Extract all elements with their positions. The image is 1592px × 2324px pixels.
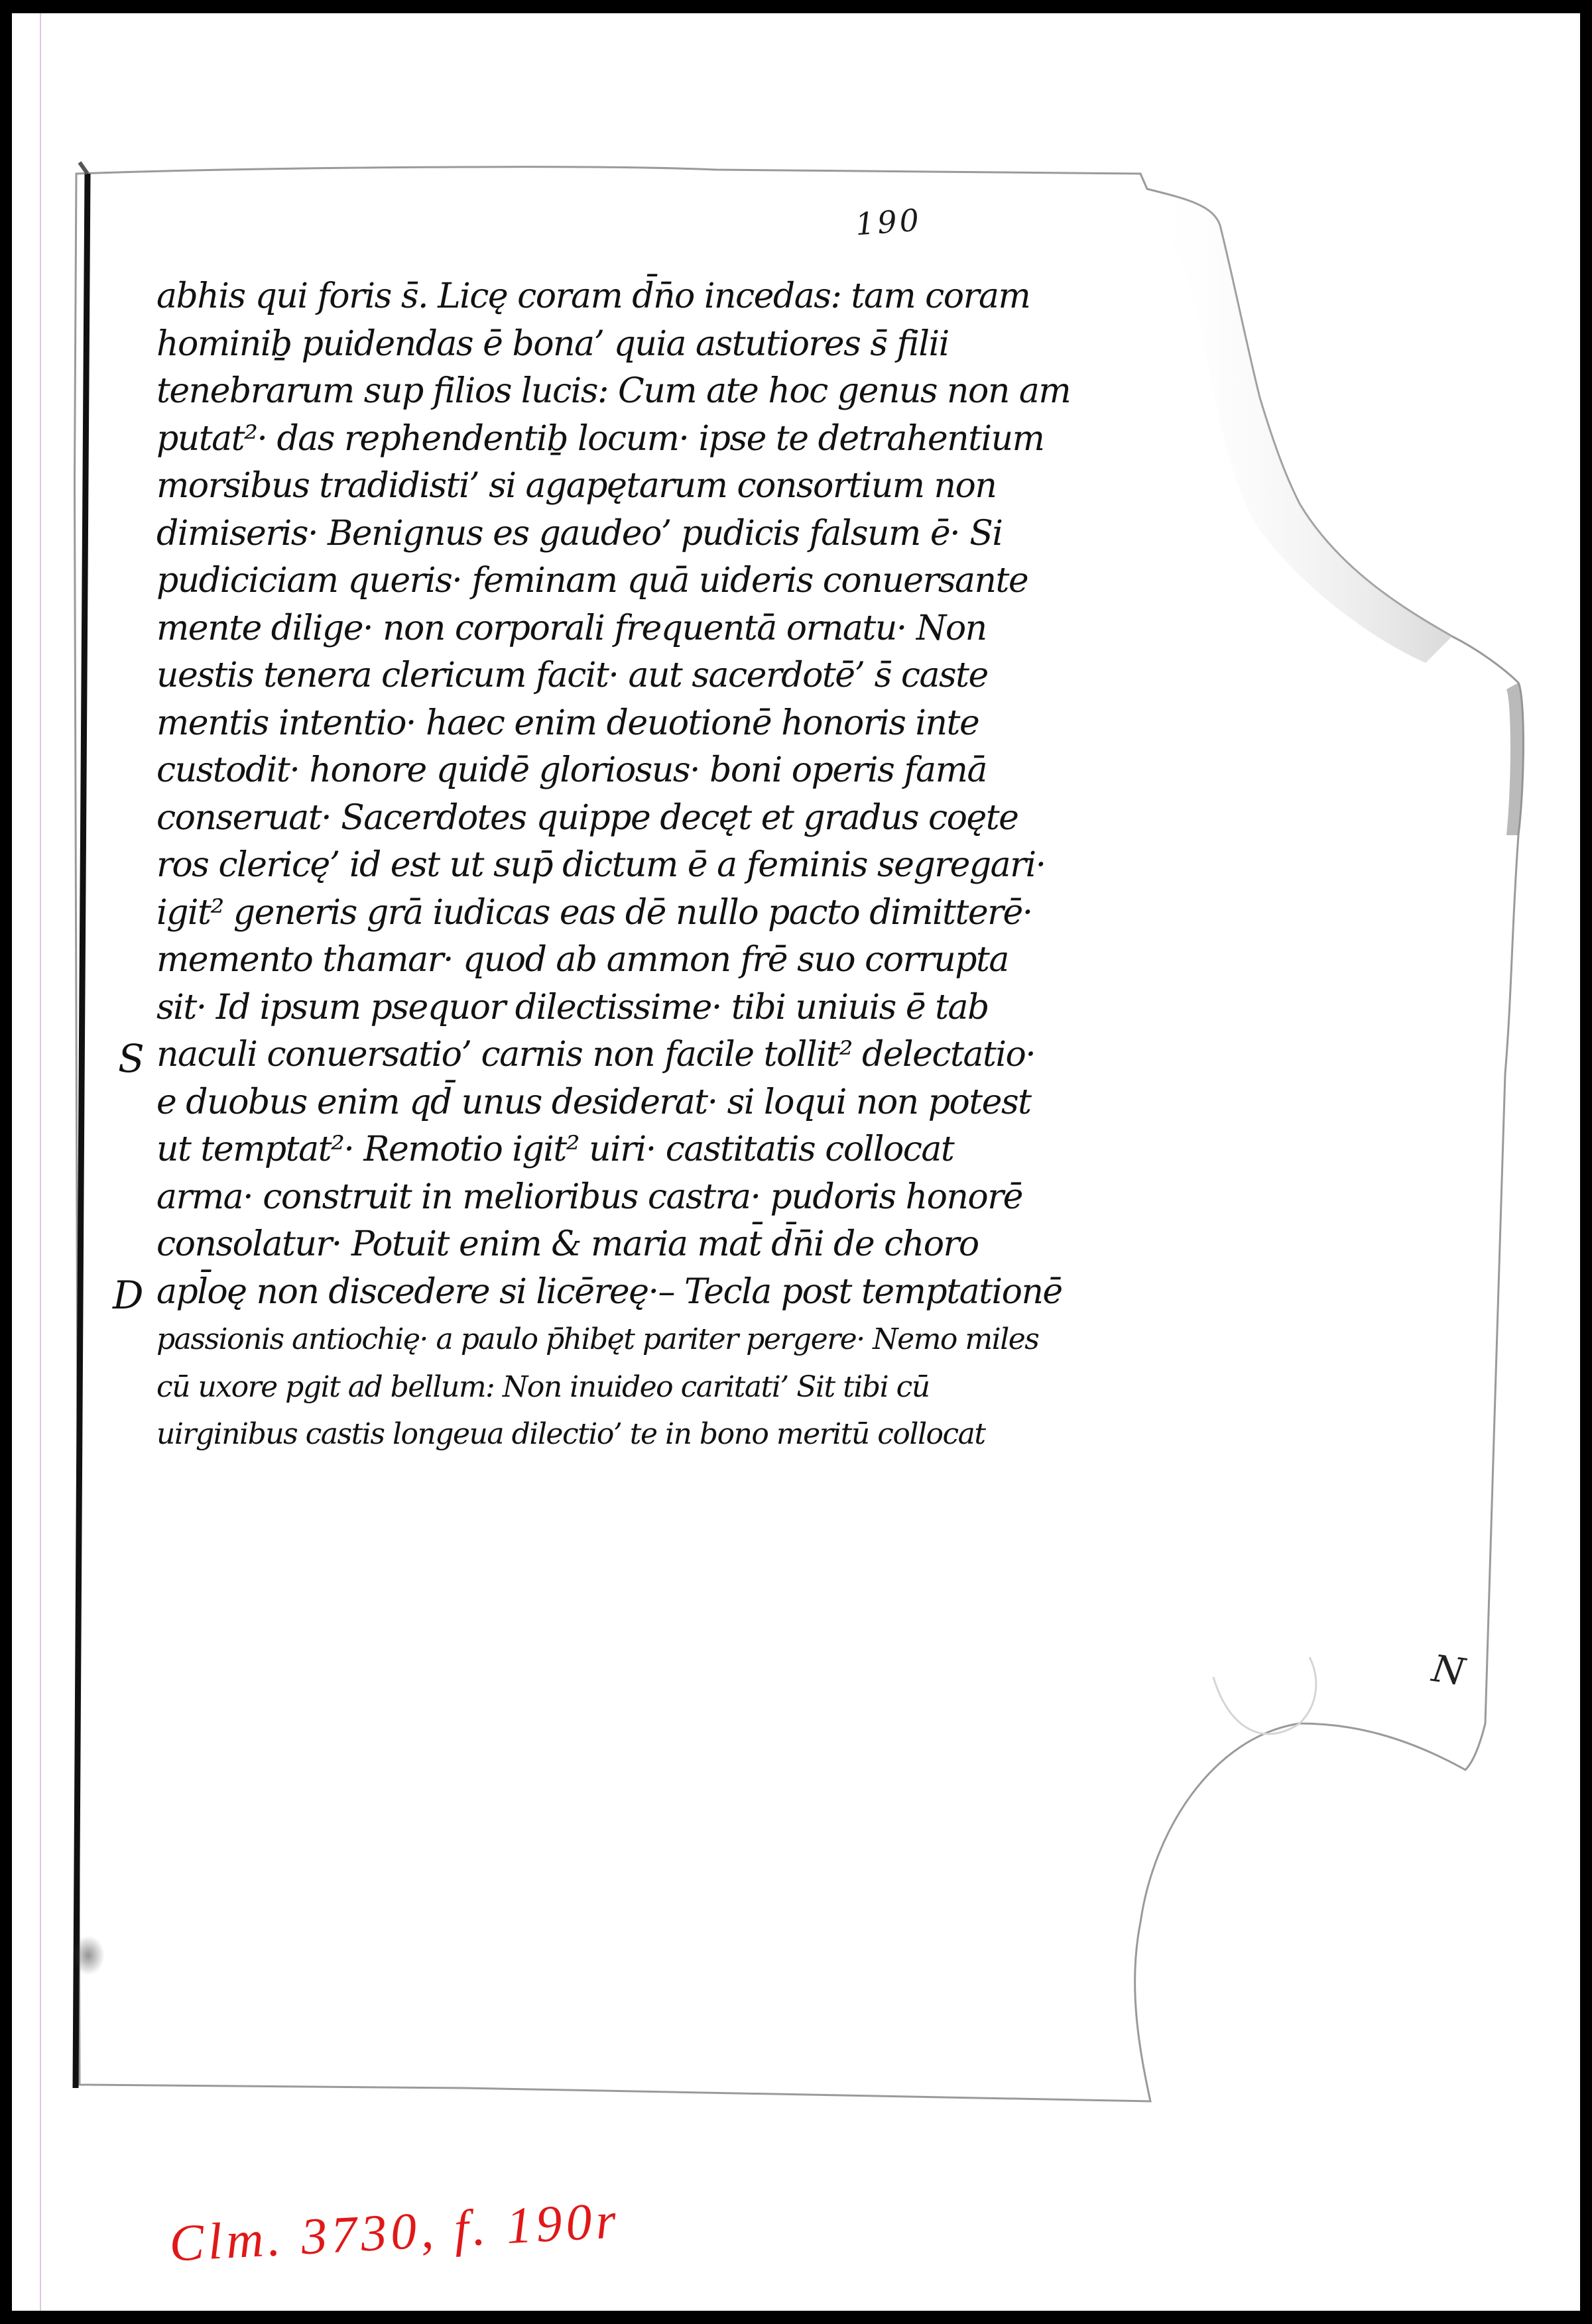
manuscript-text-block: abhis qui foris s̄. Licę coram d̄n̄o inc… <box>156 273 1244 1458</box>
text-line: morsibus tradidisti’ si agapętarum conso… <box>156 463 1244 510</box>
text-line: sit· Id ipsum psequor dilectissime· tibi… <box>156 984 1244 1032</box>
text-line: ut temptat²· Remotio igit² uiri· castita… <box>156 1126 1244 1174</box>
text-line: apl̄oę non discedere si licēreę·– Tecla … <box>156 1269 1244 1316</box>
text-line: uestis tenera clericum facit· aut sacerd… <box>156 652 1244 700</box>
text-line: igit² generis grā iudicas eas dē nullo p… <box>156 890 1244 937</box>
text-line: mentis intentio· haec enim deuotionē hon… <box>156 700 1244 748</box>
text-line: memento thamar· quod ab ammon frē suo co… <box>156 937 1244 984</box>
text-line: putat²· das rephendentiḇ locum· ipse te… <box>156 416 1244 463</box>
text-line: passionis antiochię· a paulo p̄hibęt par… <box>156 1316 1244 1364</box>
text-line: abhis qui foris s̄. Licę coram d̄n̄o inc… <box>156 273 1244 321</box>
text-line: tenebrarum sup filios lucis: Cum ate hoc… <box>156 368 1244 416</box>
text-line: conseruat· Sacerdotes quippe decęt et gr… <box>156 795 1244 842</box>
text-line: arma· construit in melioribus castra· pu… <box>156 1174 1244 1222</box>
text-line: hominiḇ puidendas ē bona’ quia astutior… <box>156 321 1244 369</box>
text-line: ros clericę’ id est ut sup̄ dictum ē a f… <box>156 842 1244 890</box>
text-line: pudiciciam queris· feminam quā uideris c… <box>156 557 1244 605</box>
text-line: custodit· honore quidē gloriosus· boni o… <box>156 747 1244 795</box>
text-line: naculi conuersatio’ carnis non facile to… <box>156 1031 1244 1079</box>
text-line: dimiseris· Benignus es gaudeo’ pudicis f… <box>156 510 1244 558</box>
initial-letter-s: S <box>118 1036 145 1081</box>
text-line: consolatur· Potuit enim & maria mat̄ d̄n… <box>156 1221 1244 1269</box>
initial-letter-d: D <box>113 1273 144 1318</box>
text-line: e duobus enim qd̄ unus desiderat· si loq… <box>156 1079 1244 1127</box>
text-line: cū uxore pgit ad bellum: Non inuideo car… <box>156 1364 1244 1411</box>
binding-smudge <box>72 1936 105 1975</box>
text-line: uirginibus castis longeua dilectio’ te i… <box>156 1411 1244 1458</box>
folio-number: 190 <box>854 202 922 243</box>
text-line: mente dilige· non corporali frequentā or… <box>156 605 1244 653</box>
marginal-mark: N <box>1430 1647 1468 1694</box>
